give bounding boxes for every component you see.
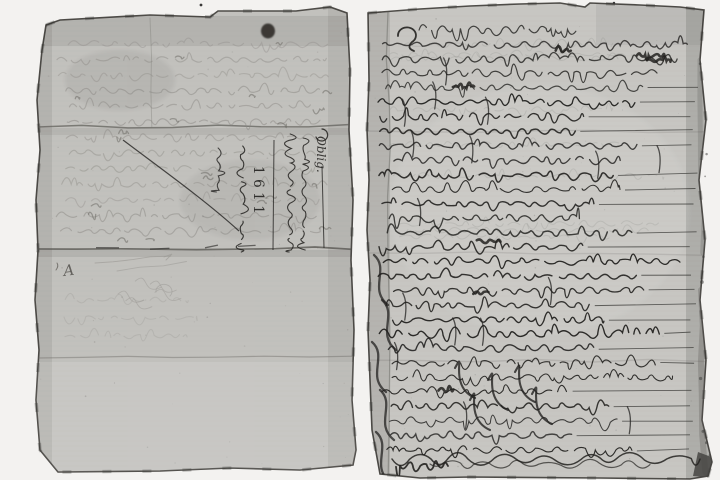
paper-speck xyxy=(562,439,563,440)
right-page-manuscript xyxy=(364,3,714,480)
paper-speck xyxy=(317,51,318,52)
edge-fleck xyxy=(704,176,706,178)
paper-speck xyxy=(678,113,679,114)
paper-speck xyxy=(404,428,405,429)
paper-speck xyxy=(399,33,400,34)
paper-speck xyxy=(52,218,53,219)
paper-speck xyxy=(556,85,557,86)
paper-speck xyxy=(517,369,518,370)
paper-speck xyxy=(153,204,155,206)
paper-speck xyxy=(114,382,115,383)
paper-speck xyxy=(435,18,437,20)
paper-speck xyxy=(512,202,513,203)
paper-speck xyxy=(124,78,125,79)
paper-speck xyxy=(585,140,587,142)
paper-speck xyxy=(457,466,459,468)
paper-speck xyxy=(188,203,190,205)
age-stain xyxy=(65,50,175,110)
paper-speck xyxy=(644,139,645,140)
paper-speck xyxy=(348,414,349,415)
edge-fleck xyxy=(700,280,704,284)
paper-speck xyxy=(121,296,123,298)
paper-speck xyxy=(664,187,665,188)
paper-speck xyxy=(475,374,476,375)
paper-speck xyxy=(412,451,413,452)
paper-speck xyxy=(136,147,137,148)
paper-speck xyxy=(662,335,663,336)
paper-speck xyxy=(174,462,175,463)
paper-speck xyxy=(206,316,208,318)
paper-speck xyxy=(462,463,463,464)
paper-speck xyxy=(415,62,416,63)
paper-speck xyxy=(579,26,580,27)
paper-speck xyxy=(576,129,577,130)
paper-speck xyxy=(285,305,286,306)
paper-speck xyxy=(347,329,348,330)
paper-speck xyxy=(229,441,230,442)
paper-speck xyxy=(61,267,63,269)
paper-speck xyxy=(527,94,528,95)
paper-speck xyxy=(388,190,389,191)
paper-speck xyxy=(232,51,234,53)
paper-speck xyxy=(561,412,562,413)
dust-speck xyxy=(613,2,615,4)
paper-speck xyxy=(302,301,303,302)
paper-speck xyxy=(210,249,211,250)
paper-speck xyxy=(482,58,483,59)
paper-speck xyxy=(581,163,582,164)
paper-speck xyxy=(440,402,441,403)
edge-fleck xyxy=(699,377,702,380)
manuscript-scan: A Oblig. 1611 xyxy=(0,0,720,480)
edge-fleck xyxy=(705,441,708,444)
docket-date: 1611 xyxy=(250,166,266,218)
paper-speck xyxy=(252,282,253,283)
top-edge-shade xyxy=(36,16,358,46)
lower-panel-light xyxy=(36,362,358,474)
paper-speck xyxy=(530,169,531,170)
paper-speck xyxy=(348,185,349,186)
paper-speck xyxy=(656,40,657,41)
paper-speck xyxy=(69,227,70,228)
paper-speck xyxy=(207,69,209,71)
paper-speck xyxy=(375,98,376,99)
paper-speck xyxy=(334,241,335,242)
paper-speck xyxy=(290,291,291,292)
paper-speck xyxy=(341,32,342,33)
paper-speck xyxy=(414,91,416,93)
paper-speck xyxy=(344,383,345,384)
paper-speck xyxy=(323,446,324,447)
paper-speck xyxy=(604,209,605,210)
paper-speck xyxy=(67,121,69,123)
paper-speck xyxy=(691,400,692,401)
paper-speck xyxy=(427,53,428,54)
paper-speck xyxy=(579,247,581,249)
paper-speck xyxy=(299,373,300,374)
paper-speck xyxy=(411,397,412,398)
paper-speck xyxy=(279,244,280,245)
edge-fleck xyxy=(699,62,702,65)
paper-speck xyxy=(425,28,427,30)
paper-speck xyxy=(244,345,246,347)
paper-speck xyxy=(498,383,499,384)
paper-speck xyxy=(92,170,93,171)
paper-speck xyxy=(247,66,248,67)
paper-speck xyxy=(684,75,685,76)
paper-speck xyxy=(634,258,635,259)
paper-speck xyxy=(446,211,447,212)
paper-speck xyxy=(622,109,623,110)
paper-speck xyxy=(471,138,472,139)
paper-speck xyxy=(119,151,120,152)
ink-blot xyxy=(261,24,275,39)
paper-speck xyxy=(85,395,87,397)
paper-speck xyxy=(483,385,484,386)
paper-speck xyxy=(194,321,195,322)
crease-ink-dash xyxy=(150,248,169,249)
paper-speck xyxy=(488,284,489,285)
paper-speck xyxy=(179,373,180,374)
edge-fleck xyxy=(705,153,707,155)
edge-fleck xyxy=(702,255,705,258)
paper-speck xyxy=(649,405,650,406)
paper-speck xyxy=(171,276,172,277)
paper-speck xyxy=(40,379,41,380)
paper-speck xyxy=(280,45,281,46)
paper-speck xyxy=(510,87,512,89)
paper-speck xyxy=(522,171,523,172)
paper-speck xyxy=(298,224,299,225)
paper-speck xyxy=(214,256,215,257)
manuscript-photo: A Oblig. 1611 xyxy=(0,0,720,480)
paper-speck xyxy=(534,215,535,216)
paper-speck xyxy=(589,60,590,61)
paper-speck xyxy=(145,334,146,335)
edge-fleck xyxy=(709,454,711,456)
paper-speck xyxy=(401,209,402,210)
paper-speck xyxy=(488,134,489,135)
paper-speck xyxy=(458,71,459,72)
paper-speck xyxy=(660,395,661,396)
paper-speck xyxy=(530,139,531,140)
paper-speck xyxy=(701,23,702,24)
crease-shadow xyxy=(38,128,352,135)
paper-speck xyxy=(585,85,586,86)
paper-speck xyxy=(529,108,530,109)
paper-speck xyxy=(93,320,94,321)
edge-fleck xyxy=(701,430,704,433)
paper-speck xyxy=(629,458,630,459)
left-page-folded-leaf: A Oblig. 1611 xyxy=(35,7,358,476)
paper-speck xyxy=(92,279,93,280)
paper-speck xyxy=(669,460,670,461)
paper-speck xyxy=(410,332,411,333)
paper-speck xyxy=(390,317,392,319)
paper-speck xyxy=(460,146,462,148)
paper-speck xyxy=(323,383,324,384)
paper-speck xyxy=(172,404,173,405)
paper-speck xyxy=(664,149,665,150)
crease-shadow xyxy=(38,250,354,257)
paper-speck xyxy=(579,179,580,180)
paper-speck xyxy=(331,236,332,237)
paper-speck xyxy=(48,75,50,77)
paper-speck xyxy=(628,322,629,323)
paper-speck xyxy=(383,178,384,179)
paper-speck xyxy=(458,388,460,390)
paper-speck xyxy=(233,72,234,73)
paper-speck xyxy=(345,457,346,458)
paper-speck xyxy=(482,94,483,95)
paper-speck xyxy=(317,247,318,248)
paper-speck xyxy=(501,190,503,192)
paper-speck xyxy=(101,44,102,45)
paper-speck xyxy=(623,236,624,237)
paper-speck xyxy=(270,226,271,227)
paper-speck xyxy=(94,341,96,343)
paper-speck xyxy=(202,216,204,218)
paper-speck xyxy=(674,191,675,192)
paper-speck xyxy=(226,457,227,458)
dust-speck xyxy=(200,4,203,7)
paper-speck xyxy=(410,347,411,348)
paper-speck xyxy=(125,346,126,347)
paper-speck xyxy=(210,303,211,304)
paper-speck xyxy=(340,417,341,418)
paper-speck xyxy=(541,320,542,321)
paper-speck xyxy=(535,240,536,241)
paper-speck xyxy=(452,72,453,73)
paper-speck xyxy=(535,267,537,269)
paper-speck xyxy=(267,157,269,159)
paper-speck xyxy=(262,463,263,464)
paper-speck xyxy=(431,347,432,348)
paper-speck xyxy=(58,147,59,148)
corner-shade xyxy=(596,3,708,45)
paper-speck xyxy=(145,299,146,300)
paper-speck xyxy=(214,227,215,228)
paper-speck xyxy=(523,156,524,157)
paper-speck xyxy=(91,227,92,228)
paper-speck xyxy=(511,78,512,79)
paper-speck xyxy=(589,425,591,427)
paper-speck xyxy=(147,447,149,449)
paper-speck xyxy=(296,217,297,218)
paper-speck xyxy=(580,274,581,275)
paper-speck xyxy=(615,429,617,431)
paper-speck xyxy=(576,368,577,369)
